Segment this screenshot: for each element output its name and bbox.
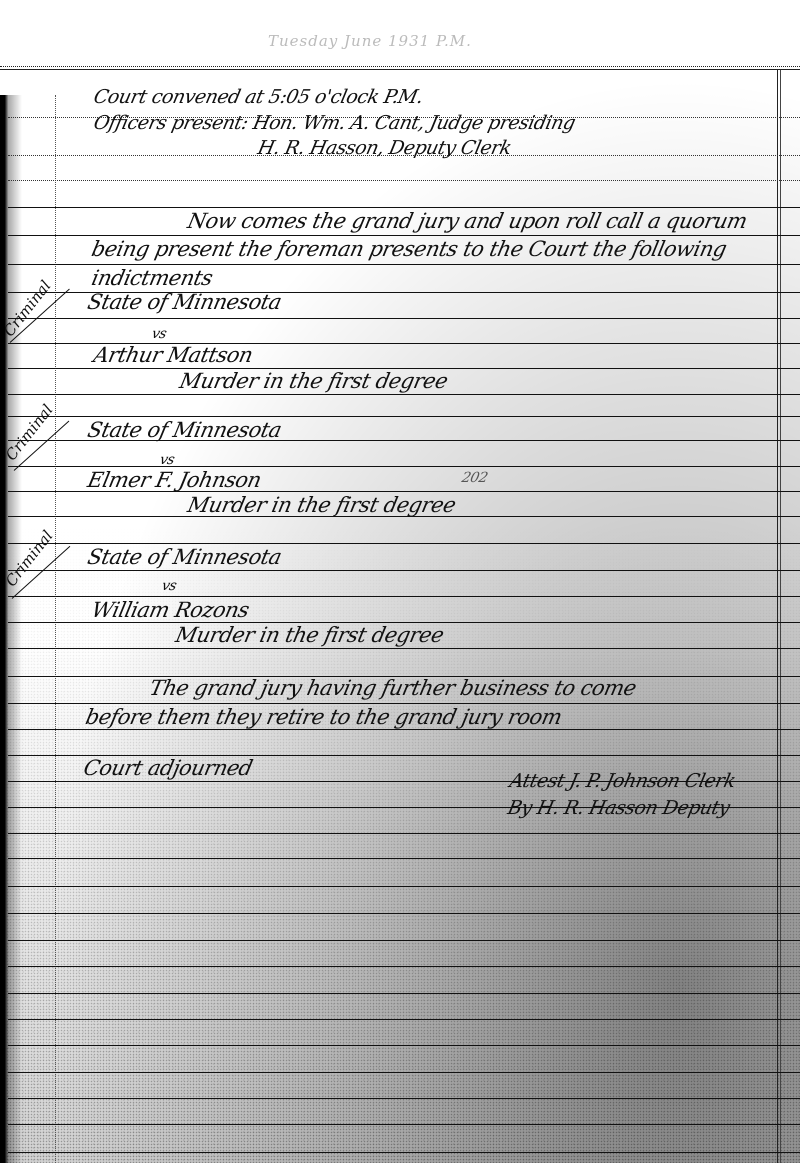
closing-paragraph-line-2: before them they retire to the grand jur…: [83, 705, 564, 729]
ruled-line: [8, 264, 800, 265]
attestation-clerk: Attest J. P. Johnson Clerk: [508, 770, 738, 792]
ruled-line: [8, 1124, 800, 1125]
ruled-line: [8, 993, 800, 994]
ruled-line: [8, 1045, 800, 1046]
ruled-line: [8, 648, 800, 649]
ledger-page: Tuesday June 1931 P.M. Court convened at…: [0, 0, 800, 1163]
ruled-line: [8, 235, 800, 236]
scan-noise: [0, 0, 800, 1163]
attestation-deputy: By H. R. Hasson Deputy: [506, 797, 732, 819]
ruled-line: [8, 1152, 800, 1153]
deputy-clerk-line: H. R. Hasson, Deputy Clerk: [256, 137, 514, 159]
ruled-line: [8, 180, 800, 181]
charge: Murder in the first degree: [177, 369, 449, 393]
annotation: 202: [460, 470, 489, 486]
ruled-line: [8, 729, 800, 730]
page-header: Tuesday June 1931 P.M.: [268, 32, 472, 50]
ruled-line: [8, 1072, 800, 1073]
ruled-line: [8, 703, 800, 704]
ruled-line: [8, 207, 800, 208]
grand-jury-paragraph-line-2: being present the foreman presents to th…: [89, 237, 728, 261]
ruled-line: [8, 318, 800, 319]
plaintiff: State of Minnesota: [85, 418, 283, 442]
charge: Murder in the first degree: [173, 623, 445, 647]
ruled-line: [8, 833, 800, 834]
grand-jury-paragraph-line-1: Now comes the grand jury and upon roll c…: [185, 209, 749, 233]
ruled-line: [8, 858, 800, 859]
adjournment-line: Court adjourned: [81, 756, 254, 780]
defendant: Elmer F. Johnson: [85, 468, 263, 492]
plaintiff: State of Minnesota: [85, 290, 283, 314]
ruled-line: [8, 394, 800, 395]
grand-jury-paragraph-line-3: indictments: [89, 266, 214, 290]
ruled-line: [8, 966, 800, 967]
closing-paragraph-line-1: The grand jury having further business t…: [147, 676, 638, 700]
right-margin-rule: [777, 70, 778, 1163]
ruled-line: [8, 1098, 800, 1099]
defendant: Arthur Mattson: [91, 343, 254, 367]
charge: Murder in the first degree: [185, 493, 457, 517]
court-convened-line: Court convened at 5:05 o'clock P.M.: [92, 86, 425, 108]
ruled-line: [8, 886, 800, 887]
ruled-line: [8, 416, 800, 417]
header-rule: [0, 66, 800, 70]
defendant: William Rozons: [89, 598, 251, 622]
margin-rule: [55, 95, 57, 1163]
ruled-line: [8, 913, 800, 914]
ruled-line: [8, 570, 800, 571]
officers-present-line: Officers present: Hon. Wm. A. Cant, Judg…: [92, 112, 577, 134]
ruled-line: [8, 1019, 800, 1020]
plaintiff: State of Minnesota: [85, 545, 283, 569]
right-margin-rule-2: [780, 70, 781, 1163]
binding-shadow: [8, 95, 22, 1163]
ruled-line: [8, 466, 800, 467]
binding-edge: [0, 95, 8, 1163]
ruled-line: [8, 543, 800, 544]
ruled-line: [8, 596, 800, 597]
ruled-line: [8, 940, 800, 941]
